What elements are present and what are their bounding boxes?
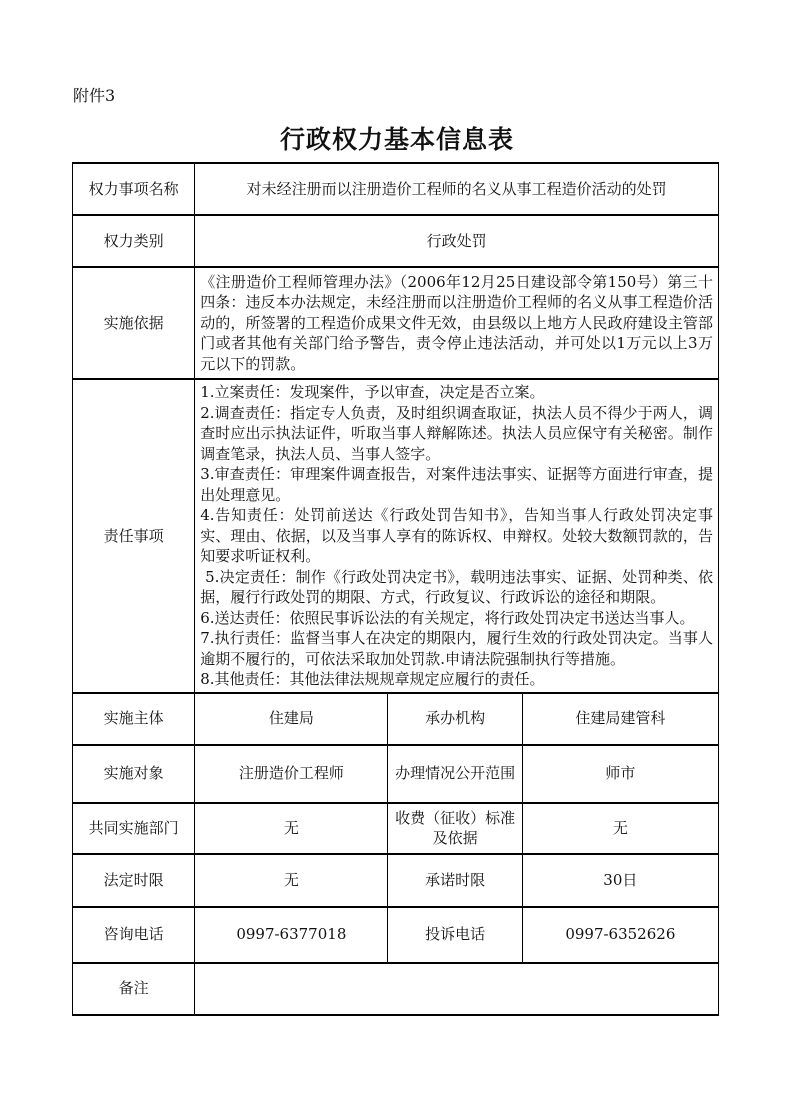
- row-label: 权力事项名称: [73, 163, 195, 215]
- row-statutory-time-limit: 法定时限 无 承诺时限 30日: [73, 854, 719, 907]
- row-value: 注册造价工程师: [195, 745, 388, 803]
- page-title: 行政权力基本信息表: [0, 124, 794, 156]
- row-label: 承诺时限: [388, 854, 522, 907]
- row-value: 0997-6352626: [522, 907, 718, 963]
- row-value: 住建局建管科: [522, 693, 718, 745]
- row-label: 实施依据: [73, 267, 195, 379]
- row-label: 备注: [73, 963, 195, 1015]
- row-label: 责任事项: [73, 379, 195, 693]
- row-value: 1.立案责任：发现案件，予以审查，决定是否立案。 2.调查责任：指定专人负责，及…: [195, 379, 719, 693]
- row-joint-departments: 共同实施部门 无 收费（征收）标准及依据 无: [73, 803, 719, 854]
- row-remarks: 备注: [73, 963, 719, 1015]
- row-value: 行政处罚: [195, 215, 719, 267]
- row-value: 住建局: [195, 693, 388, 745]
- row-value: [195, 963, 719, 1015]
- row-implementation-target: 实施对象 注册造价工程师 办理情况公开范围 师市: [73, 745, 719, 803]
- info-table: 权力事项名称 对未经注册而以注册造价工程师的名义从事工程造价活动的处罚 权力类别…: [72, 162, 719, 1016]
- row-label: 权力类别: [73, 215, 195, 267]
- row-label: 共同实施部门: [73, 803, 195, 854]
- row-label: 承办机构: [388, 693, 522, 745]
- row-value: 无: [522, 803, 718, 854]
- document-page: 附件3 行政权力基本信息表 权力事项名称 对未经注册而以注册造价工程师的名义从事…: [0, 0, 794, 1108]
- row-value: 无: [195, 803, 388, 854]
- attachment-label: 附件3: [73, 86, 115, 106]
- row-power-category: 权力类别 行政处罚: [73, 215, 719, 267]
- row-power-item-name: 权力事项名称 对未经注册而以注册造价工程师的名义从事工程造价活动的处罚: [73, 163, 719, 215]
- row-label: 办理情况公开范围: [388, 745, 522, 803]
- row-implementing-body: 实施主体 住建局 承办机构 住建局建管科: [73, 693, 719, 745]
- row-phone-numbers: 咨询电话 0997-6377018 投诉电话 0997-6352626: [73, 907, 719, 963]
- row-implementation-basis: 实施依据 《注册造价工程师管理办法》（2006年12月25日建设部令第150号）…: [73, 267, 719, 379]
- row-responsibility-items: 责任事项 1.立案责任：发现案件，予以审查，决定是否立案。 2.调查责任：指定专…: [73, 379, 719, 693]
- row-value: 《注册造价工程师管理办法》（2006年12月25日建设部令第150号）第三十四条…: [195, 267, 719, 379]
- row-value: 0997-6377018: [195, 907, 388, 963]
- row-label: 实施主体: [73, 693, 195, 745]
- row-label: 投诉电话: [388, 907, 522, 963]
- row-value: 师市: [522, 745, 718, 803]
- row-label: 法定时限: [73, 854, 195, 907]
- row-value: 无: [195, 854, 388, 907]
- row-label: 咨询电话: [73, 907, 195, 963]
- row-value: 30日: [522, 854, 718, 907]
- row-value: 对未经注册而以注册造价工程师的名义从事工程造价活动的处罚: [195, 163, 719, 215]
- row-label: 实施对象: [73, 745, 195, 803]
- row-label: 收费（征收）标准及依据: [388, 803, 522, 854]
